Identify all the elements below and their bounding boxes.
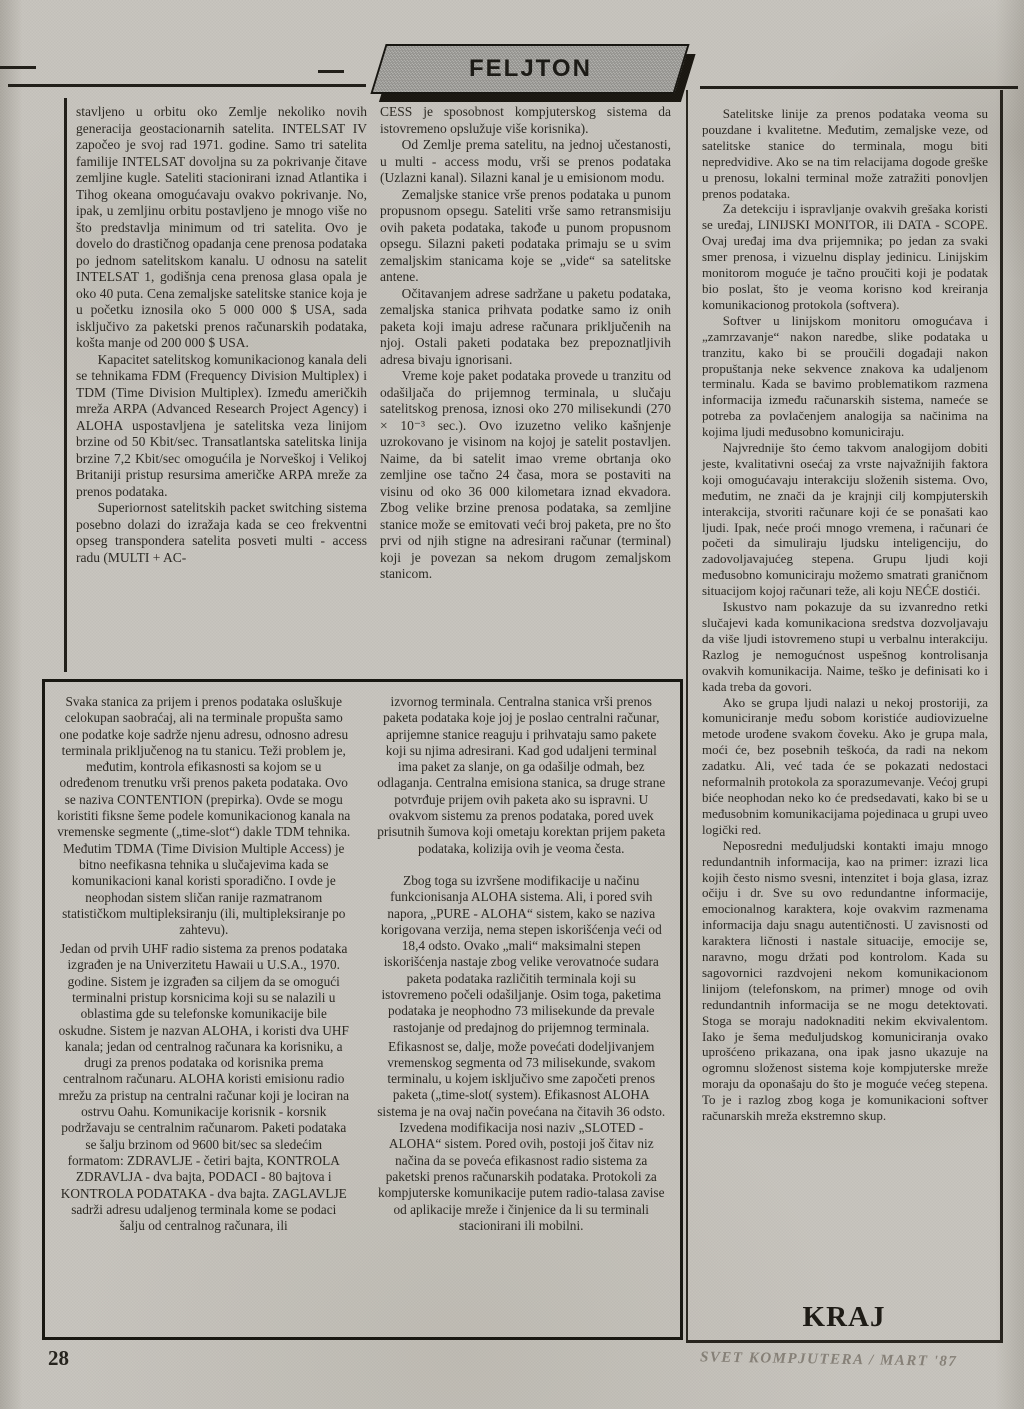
paragraph: Od Zemlje prema satelitu, na jednoj učes…	[380, 137, 671, 187]
article-column-2: CESS je sposobnost kompjuterskog sistema…	[380, 104, 671, 583]
paragraph: Jedan od prvih UHF radio sistema za pren…	[57, 941, 351, 1234]
footer-credit: SVET KOMPJUTERA / MART '87	[700, 1349, 1000, 1371]
paragraph: Efikasnost se, dalje, može povećati dode…	[375, 1039, 669, 1235]
paragraph: Očitavanjem adrese sadržane u paketu pod…	[380, 286, 671, 369]
column1-left-rule	[64, 98, 67, 672]
paragraph: CESS je sposobnost kompjuterskog sistema…	[380, 104, 671, 137]
magazine-page: FELJTON stavljeno u orbitu oko Zemlje ne…	[0, 0, 1024, 1409]
section-banner-label: FELJTON	[469, 55, 592, 83]
paragraph: Vreme koje paket podataka provede u tran…	[380, 368, 671, 583]
box-column-left: Svaka stanica za prijem i prenos podatak…	[45, 682, 363, 1337]
banner-left-dash	[318, 70, 344, 73]
paragraph: izvornog terminala. Centralna stanica vr…	[375, 694, 669, 857]
article-column-3: Satelitske linije za prenos podataka veo…	[688, 90, 1000, 1294]
paragraph: Najvrednije što ćemo takvom analogijom d…	[702, 440, 988, 599]
paragraph: Za detekciju i ispravljanje ovakvih greš…	[702, 201, 988, 312]
boxed-feature: Svaka stanica za prijem i prenos podatak…	[42, 679, 683, 1340]
paragraph: Svaka stanica za prijem i prenos podatak…	[57, 694, 351, 938]
header-rule-right	[700, 86, 1018, 89]
paragraph: Ako se grupa ljudi nalazi u nekoj prosto…	[702, 695, 988, 838]
paragraph: Satelitske linije za prenos podataka veo…	[702, 106, 988, 201]
paragraph: Zemaljske stanice vrše prenos podataka u…	[380, 187, 671, 286]
feljton-banner: FELJTON	[370, 44, 689, 94]
paragraph: Neposredni međuljudski kontakti imaju mn…	[702, 838, 988, 1124]
header-rule-left	[8, 84, 366, 87]
article-column-3-frame: Satelitske linije za prenos podataka veo…	[686, 90, 1003, 1343]
paragraph: Softver u linijskom monitoru omogućava i…	[702, 313, 988, 440]
box-column-right: izvornog terminala. Centralna stanica vr…	[363, 682, 681, 1337]
end-marker: KRAJ	[688, 1294, 1000, 1340]
page-number: 28	[48, 1346, 69, 1371]
article-column-1: stavljeno u orbitu oko Zemlje nekoliko n…	[76, 104, 367, 566]
paragraph: Iskustvo nam pokazuje da su izvanredno r…	[702, 599, 988, 694]
paragraph: Zbog toga su izvršene modifikacije u nač…	[375, 873, 669, 1036]
paragraph: stavljeno u orbitu oko Zemlje nekoliko n…	[76, 104, 367, 352]
paragraph: Superiornost satelitskih packet switchin…	[76, 500, 367, 566]
top-left-rule-stub	[0, 66, 36, 69]
paragraph: Kapacitet satelitskog komunikacionog kan…	[76, 352, 367, 501]
